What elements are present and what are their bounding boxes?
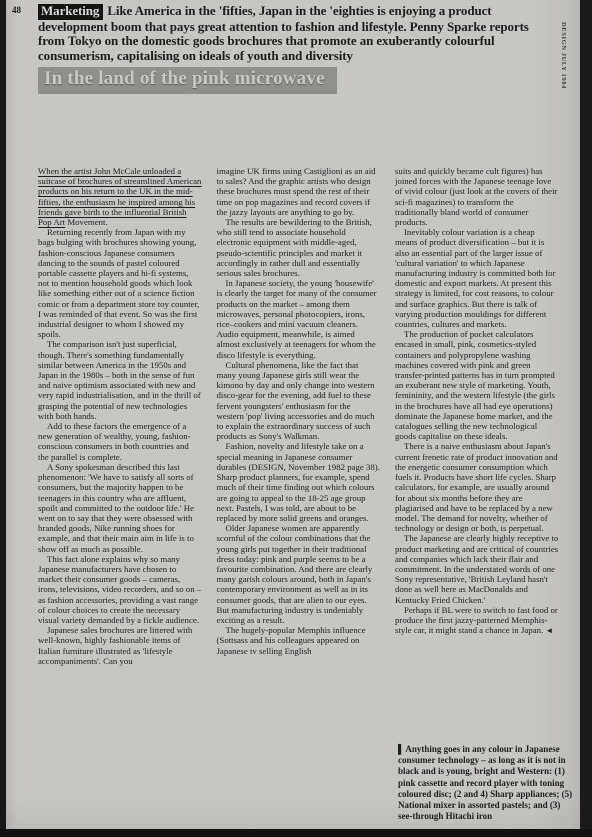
paragraph: There is a naive enthusiasm about Japan'… (395, 441, 559, 533)
standfirst: Like America in the 'fifties, Japan in t… (38, 3, 529, 63)
caption-text: Anything goes in any colour in Japanese … (398, 744, 572, 821)
paragraph: The results are bewildering to the Briti… (217, 217, 381, 278)
paragraph-text: Perhaps if BL were to switch to fast foo… (395, 605, 558, 635)
paragraph: Add to these factors the emergence of a … (38, 421, 202, 462)
article-end-icon: ◄ (545, 626, 553, 635)
paragraph: Fashion, novelty and lifestyle take on a… (217, 441, 381, 523)
paragraph: imagine UK firms using Castiglioni as an… (217, 166, 381, 217)
scan-edge-right (580, 0, 592, 837)
paragraph: The Japanese are clearly highly receptiv… (395, 533, 559, 604)
magazine-page: 48 MarketingLike America in the 'fifties… (0, 0, 592, 837)
scan-edge-left (0, 0, 6, 837)
paragraph: The comparison isn't just superficial, t… (38, 339, 202, 421)
article-header: MarketingLike America in the 'fifties, J… (38, 4, 558, 63)
article-column-1: When the artist John McCale unloaded a s… (38, 166, 202, 666)
edition-vertical-label: DESIGN JULY 1984 (560, 22, 567, 102)
paragraph: The hugely-popular Memphis influence (So… (217, 625, 381, 656)
paragraph: Older Japanese women are apparently scor… (217, 523, 381, 625)
intro-rest-text: Movement. (65, 217, 108, 227)
paragraph: Cultural phenomena, like the fact that m… (217, 360, 381, 442)
scan-edge-bottom (0, 829, 592, 837)
paragraph: This fact alone explains why so many Jap… (38, 554, 202, 625)
intro-underlined-text: When the artist John McCale unloaded a s… (38, 166, 201, 227)
paragraph: Returning recently from Japan with my ba… (38, 227, 202, 339)
article-title: In the land of the pink microwave (38, 67, 337, 94)
photo-caption: ▌Anything goes in any colour in Japanese… (398, 744, 574, 822)
article-body: When the artist John McCale unloaded a s… (38, 166, 559, 666)
intro-paragraph: When the artist John McCale unloaded a s… (38, 166, 202, 227)
paragraph: The production of pocket calculators enc… (395, 329, 559, 441)
section-label: Marketing (38, 4, 103, 20)
paragraph: Inevitably colour variation is a cheap m… (395, 227, 559, 329)
article-column-2: imagine UK firms using Castiglioni as an… (217, 166, 381, 666)
caption-bar-icon: ▌ (398, 744, 404, 754)
page-number: 48 (12, 5, 21, 15)
paragraph: Perhaps if BL were to switch to fast foo… (395, 605, 559, 637)
paragraph: A Sony spokesman described this last phe… (38, 462, 202, 554)
paragraph: suits and quickly became cult figures) h… (395, 166, 559, 227)
paragraph: Japanese sales brochures are littered wi… (38, 625, 202, 666)
paragraph: In Japanese society, the young 'housewif… (217, 278, 381, 360)
article-column-3: suits and quickly became cult figures) h… (395, 166, 559, 666)
